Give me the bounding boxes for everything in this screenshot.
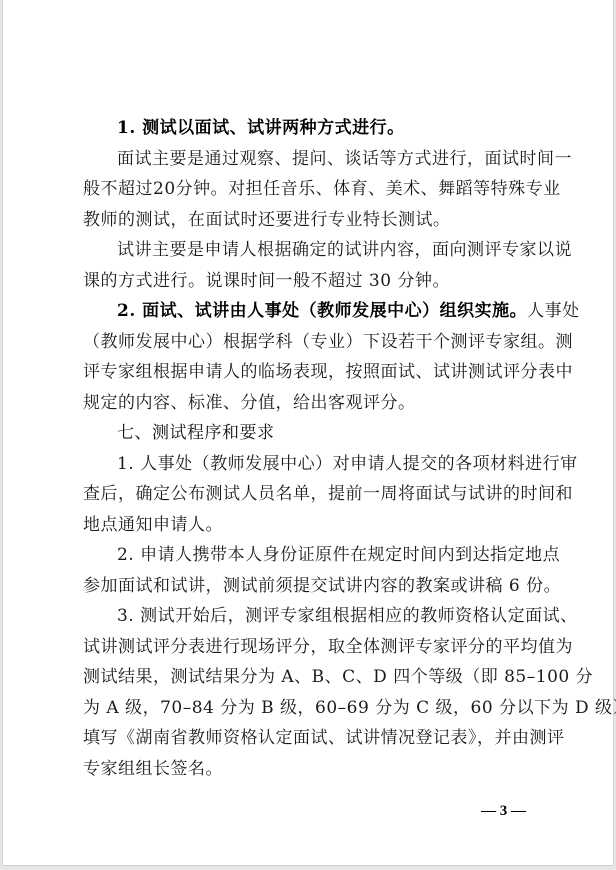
document-page: 1. 测试以面试、试讲两种方式进行。 面试主要是通过观察、提问、谈话等方式进行，… <box>2 0 614 866</box>
text-line: 试讲主要是申请人根据确定的试讲内容，面向测评专家以说 <box>83 235 541 266</box>
chapter-title: 七、测试程序和要求 <box>83 418 541 449</box>
paragraph-interview: 面试主要是通过观察、提问、谈话等方式进行，面试时间一 般不超过20分钟。对担任音… <box>83 144 541 236</box>
list-item-3: 3. 测试开始后，测评专家组根据相应的教师资格认定面试、 试讲测试评分表进行现场… <box>83 601 541 784</box>
text-line: 为 A 级，70–84 分为 B 级，60–69 分为 C 级，60 分以下为 … <box>83 693 541 724</box>
text-line: 般不超过20分钟。对担任音乐、体育、美术、舞蹈等特殊专业 <box>83 174 541 205</box>
text-line: 专家组组长签名。 <box>83 754 541 785</box>
list-item-2: 2. 申请人携带本人身份证原件在规定时间内到达指定地点 参加面试和试讲，测试前须… <box>83 540 541 601</box>
document-body: 1. 测试以面试、试讲两种方式进行。 面试主要是通过观察、提问、谈话等方式进行，… <box>83 113 541 784</box>
text-line: 测试结果，测试结果分为 A、B、C、D 四个等级（即 85–100 分 <box>83 662 541 693</box>
text-line: 填写《湖南省教师资格认定面试、试讲情况登记表》，并由测评 <box>83 723 541 754</box>
paragraph-organization: 2. 面试、试讲由人事处（教师发展中心）组织实施。人事处 （教师发展中心）根据学… <box>83 296 541 418</box>
text-line: 查后，确定公布测试人员名单，提前一周将面试与试讲的时间和 <box>83 479 541 510</box>
section-heading-2: 2. 面试、试讲由人事处（教师发展中心）组织实施。 <box>117 301 527 321</box>
section-heading-2-line: 2. 面试、试讲由人事处（教师发展中心）组织实施。人事处 <box>83 296 541 327</box>
text-line: 教师的测试，在面试时还要进行专业特长测试。 <box>83 205 541 236</box>
text-line: （教师发展中心）根据学科（专业）下设若干个测评专家组。测 <box>83 327 541 358</box>
text-line: 3. 测试开始后，测评专家组根据相应的教师资格认定面试、 <box>83 601 541 632</box>
text-line: 2. 申请人携带本人身份证原件在规定时间内到达指定地点 <box>83 540 541 571</box>
paragraph-trial-lecture: 试讲主要是申请人根据确定的试讲内容，面向测评专家以说 课的方式进行。说课时间一般… <box>83 235 541 296</box>
text-line: 参加面试和试讲，测试前须提交试讲内容的教案或讲稿 6 份。 <box>83 571 541 602</box>
text-line: 课的方式进行。说课时间一般不超过 30 分钟。 <box>83 266 541 297</box>
section-heading-2-rest: 人事处 <box>527 301 580 321</box>
section-heading-1: 1. 测试以面试、试讲两种方式进行。 <box>83 113 541 144</box>
page-number: — 3 — <box>481 803 526 820</box>
text-line: 试讲测试评分表进行现场评分，取全体测评专家评分的平均值为 <box>83 632 541 663</box>
text-line: 地点通知申请人。 <box>83 510 541 541</box>
text-line: 规定的内容、标准、分值，给出客观评分。 <box>83 388 541 419</box>
text-line: 评专家组根据申请人的临场表现，按照面试、试讲测试评分表中 <box>83 357 541 388</box>
list-item-1: 1. 人事处（教师发展中心）对申请人提交的各项材料进行审 查后，确定公布测试人员… <box>83 449 541 541</box>
text-line: 面试主要是通过观察、提问、谈话等方式进行，面试时间一 <box>83 144 541 175</box>
text-line: 1. 人事处（教师发展中心）对申请人提交的各项材料进行审 <box>83 449 541 480</box>
